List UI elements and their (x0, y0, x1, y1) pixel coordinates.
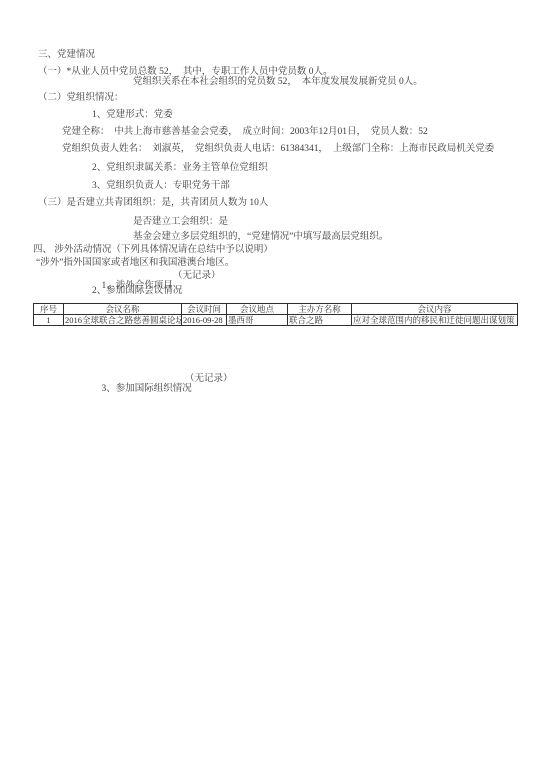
cell-organizer: 联合之路 (288, 315, 352, 326)
section3-item2-heading: （二）党组织情况： (38, 93, 124, 103)
cell-serial-no: 1 (34, 315, 64, 326)
section4-note: “涉外”指外国国家或者地区和我国港澳台地区。 (36, 258, 234, 268)
header-meeting-content: 会议内容 (352, 304, 518, 315)
section4-sub3-label: 3、参加国际组织情况 (102, 384, 192, 394)
cell-meeting-content: 应对全球范围内的移民和迁徙问题出谋划策 (352, 315, 518, 326)
section3-heading: 三、党建情况 (38, 50, 95, 60)
section3-union-line: 是否建立工会组织：是 (133, 217, 228, 227)
section3-sub3-leader-type: 3、党组织负责人：专职党务干部 (92, 181, 230, 191)
cell-meeting-time: 2016-09-28 (182, 315, 227, 326)
header-organizer: 主办方名称 (288, 304, 352, 315)
meeting-table-data-row: 1 2016全球联合之路慈善圆桌论坛 2016-09-28 墨西哥 联合之路 应… (34, 315, 518, 326)
section3-item3-youth-league: （三）是否建立共青团组织：是，共青团员人数为 10人 (38, 198, 268, 208)
header-meeting-name: 会议名称 (64, 304, 182, 315)
section3-leader-line: 党组织负责人姓名： 刘淑英， 党组织负责人电话：61384341， 上级部门全称… (62, 144, 494, 154)
meeting-table-header-row: 序号 会议名称 会议时间 会议地点 主办方名称 会议内容 (34, 304, 518, 315)
cell-meeting-name: 2016全球联合之路慈善圆桌论坛 (64, 315, 182, 326)
section4-sub3-no-record: （无记录） (185, 374, 233, 384)
header-meeting-place: 会议地点 (227, 304, 288, 315)
document-page: 三、党建情况 （一）*从业人员中党员总数 52， 其中，专职工作人员中党员数 0… (0, 0, 543, 768)
section4-heading: 四、 涉外活动情况（下列具体情况请在总结中予以说明） (33, 245, 273, 255)
section3-note-line: 基金会建立多层党组织的，“党建情况”中填写最高层党组织。 (133, 232, 388, 242)
section3-sub1-party-form: 1、党建形式：党委 (92, 110, 173, 120)
section3-sub2-affiliation: 2、党组织隶属关系：业务主管单位党组织 (92, 163, 268, 173)
section3-item1-line1: （一）*从业人员中党员总数 52， 其中，专职工作人员中党员数 0人。 (38, 67, 333, 77)
header-serial-no: 序号 (34, 304, 64, 315)
section4-sub3-row: 3、参加国际组织情况 （无记录） (92, 374, 543, 416)
section4-sub1-no-record: （无记录） (173, 271, 221, 281)
section3-org-name-line: 党建全称： 中共上海市慈善基金会党委， 成立时间：2003年12月01日， 党员… (62, 127, 428, 137)
international-meeting-table: 序号 会议名称 会议时间 会议地点 主办方名称 会议内容 1 2016全球联合之… (33, 303, 518, 326)
cell-meeting-place: 墨西哥 (227, 315, 288, 326)
section4-sub2-label: 2、参加国际会议情况 (92, 286, 182, 296)
header-meeting-time: 会议时间 (182, 304, 227, 315)
section3-item1-line2: 党组织关系在本社会组织的党员数 52， 本年度发展发展新党员 0人。 (133, 77, 423, 87)
